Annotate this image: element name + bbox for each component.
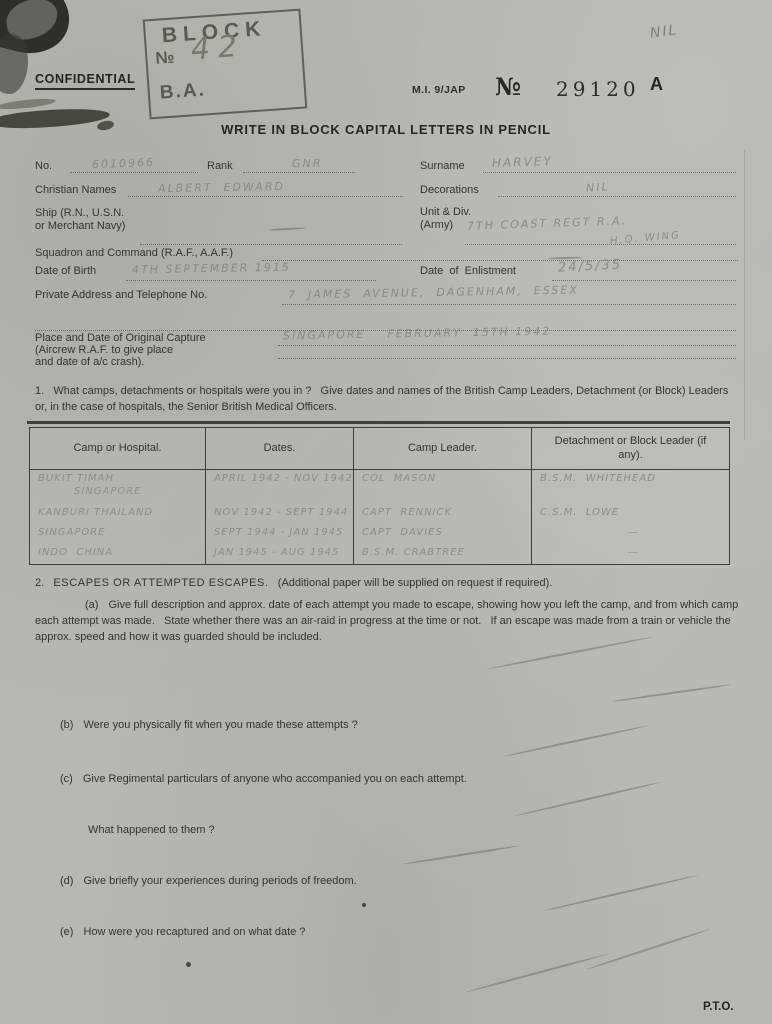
table-cell-camp: BUKIT TIMAHSINGAPORE xyxy=(30,470,206,504)
form-title: WRITE IN BLOCK CAPITAL LETTERS IN PENCIL xyxy=(0,122,772,137)
field-value-christian-names: ALBERT EDWARD xyxy=(158,180,285,195)
serial-number: 29120 xyxy=(556,77,640,101)
confidential-marking: CONFIDENTIAL xyxy=(35,72,135,90)
question-1-spacer xyxy=(44,385,53,397)
field-value-unit: 7TH COAST REGT R.A. xyxy=(467,214,628,233)
question-2b: (b)Were you physically fit when you made… xyxy=(60,718,700,733)
column-header-camp: Camp or Hospital. xyxy=(30,428,206,470)
dotted-line xyxy=(140,243,402,245)
field-label-surname: Surname xyxy=(420,160,465,173)
field-label-unit: Unit & Div. xyxy=(420,206,471,219)
question-1: 1. What camps, detachments or hospitals … xyxy=(35,384,741,416)
question-2a-label: (a) xyxy=(60,598,98,614)
paper-fold-line xyxy=(744,150,745,440)
field-label-date-of-enlistment: Date of Enlistment xyxy=(420,265,516,278)
question-2c-text: Give Regimental particulars of anyone wh… xyxy=(83,773,467,785)
table-cell-camp: INDO CHINA xyxy=(30,544,206,564)
dotted-line xyxy=(498,195,736,197)
table-cell-leader: CAPT RENNICK xyxy=(354,504,532,524)
series-letter: A xyxy=(650,74,663,95)
stamp-number-handwritten: 42 xyxy=(190,29,246,68)
nil-pencil-annotation: NIL xyxy=(649,22,679,41)
table-cell-detachment: C.S.M. LOWE xyxy=(532,504,729,524)
pencil-stroke xyxy=(403,845,520,865)
question-2-spacer xyxy=(44,577,53,589)
column-header-dates: Dates. xyxy=(206,428,354,470)
paper-stain xyxy=(0,97,56,111)
pow-questionnaire-page: CONFIDENTIAL BLOCK № 42 B.A. NIL M.I. 9/… xyxy=(0,0,772,1024)
dotted-line xyxy=(126,279,376,281)
pencil-stroke xyxy=(464,953,609,994)
table-cell-dates: NOV 1942 - SEPT 1944 xyxy=(206,504,354,524)
table-cell-dates: SEPT 1944 - JAN 1945 xyxy=(206,524,354,544)
question-1-number: 1. xyxy=(35,385,44,397)
page-turn-over-note: P.T.O. xyxy=(703,1001,733,1013)
pencil-dot xyxy=(186,962,191,967)
question-2c-label: (c) xyxy=(60,772,73,787)
pencil-dot xyxy=(362,903,366,907)
question-2c-followup: What happened to them ? xyxy=(88,823,488,838)
dotted-line xyxy=(70,171,198,173)
question-2a-text: Give full description and approx. date o… xyxy=(35,599,741,643)
dotted-line xyxy=(128,195,403,197)
table-cell-dates: JAN 1945 - AUG 1945 xyxy=(206,544,354,564)
block-rubber-stamp: BLOCK № 42 B.A. xyxy=(143,9,308,120)
field-value-surname: HARVEY xyxy=(492,154,553,170)
question-2-title: ESCAPES OR ATTEMPTED ESCAPES. xyxy=(53,577,268,589)
pencil-dash xyxy=(268,227,306,231)
field-value-number: 6010966 xyxy=(92,156,155,171)
numero-symbol: № xyxy=(495,72,521,101)
table-cell-leader: CAPT DAVIES xyxy=(354,524,532,544)
column-header-leader: Camp Leader. xyxy=(354,428,532,470)
table-cell-detachment: — xyxy=(532,524,729,544)
question-2-number: 2. xyxy=(35,577,44,589)
question-2e: (e)How were you recaptured and on what d… xyxy=(60,925,700,940)
dotted-line xyxy=(278,357,736,359)
dotted-line xyxy=(465,243,736,245)
question-2d-text: Give briefly your experiences during per… xyxy=(83,875,356,887)
field-value-rank: GNR xyxy=(292,157,323,171)
camp-entry: BUKIT TIMAH xyxy=(38,473,114,484)
table-cell-detachment: B.S.M. WHITEHEAD xyxy=(532,470,729,504)
field-label-rank: Rank xyxy=(207,160,233,173)
table-cell-leader: B.S.M. CRABTREE xyxy=(354,544,532,564)
table-cell-camp: KANBURI THAILAND xyxy=(30,504,206,524)
field-label-number: No. xyxy=(35,160,52,173)
field-label-date-of-birth: Date of Birth xyxy=(35,265,96,278)
column-header-detachment: Detachment or Block Leader (if any). xyxy=(532,428,729,470)
field-value-capture: SINGAPORE FEBRUARY 15TH 1942 xyxy=(283,325,551,343)
stamp-numero-symbol: № xyxy=(155,47,177,68)
field-value-date-of-enlistment: 24/5/35 xyxy=(558,257,623,275)
dotted-line xyxy=(282,303,736,305)
question-2d-label: (d) xyxy=(60,874,73,889)
question-2b-label: (b) xyxy=(60,718,73,733)
question-2-spacer2 xyxy=(269,577,278,589)
question-2b-text: Were you physically fit when you made th… xyxy=(83,719,357,731)
table-cell-detachment: — xyxy=(532,544,729,564)
dotted-line xyxy=(243,171,355,173)
question-2d: (d)Give briefly your experiences during … xyxy=(60,874,700,889)
field-label-private-address: Private Address and Telephone No. xyxy=(35,289,207,302)
question-2-heading: 2. ESCAPES OR ATTEMPTED ESCAPES. (Additi… xyxy=(35,576,741,592)
field-value-private-address: 7 JAMES AVENUE, DAGENHAM, ESSEX xyxy=(288,283,579,301)
question-1-text: What camps, detachments or hospitals wer… xyxy=(35,385,731,413)
field-label-ship: Ship (R.N., U.S.N. xyxy=(35,207,124,220)
question-2e-label: (e) xyxy=(60,925,73,940)
field-label-squadron: Squadron and Command (R.A.F., A.A.F.) xyxy=(35,247,233,260)
form-reference: M.I. 9/JAP xyxy=(412,84,466,96)
dotted-line xyxy=(262,259,738,261)
camp-entry-line2: SINGAPORE xyxy=(74,486,201,499)
stamp-ba-text: B.A. xyxy=(159,79,206,104)
table-cell-dates: APRIL 1942 - NOV 1942 xyxy=(206,470,354,504)
field-label-capture-cont2: and date of a/c crash). xyxy=(35,356,144,369)
dotted-line xyxy=(552,279,736,281)
field-label-unit-cont: (Army) xyxy=(420,219,453,232)
field-value-decorations: NIL xyxy=(586,180,610,195)
field-label-christian-names: Christian Names xyxy=(35,184,116,197)
pencil-stroke xyxy=(612,684,731,703)
question-2c: (c)Give Regimental particulars of anyone… xyxy=(60,772,700,787)
camps-table: Camp or Hospital. Dates. Camp Leader. De… xyxy=(29,427,730,565)
dotted-line xyxy=(278,344,736,346)
dotted-line xyxy=(483,171,736,173)
field-value-date-of-birth: 4TH SEPTEMBER 1915 xyxy=(132,261,291,277)
question-2-note: (Additional paper will be supplied on re… xyxy=(278,577,553,589)
table-cell-leader: COL MASON xyxy=(354,470,532,504)
table-top-rule xyxy=(27,421,730,424)
field-label-decorations: Decorations xyxy=(420,184,479,197)
table-cell-camp: SINGAPORE xyxy=(30,524,206,544)
question-2e-text: How were you recaptured and on what date… xyxy=(83,926,305,938)
field-label-ship-cont: or Merchant Navy) xyxy=(35,220,125,233)
